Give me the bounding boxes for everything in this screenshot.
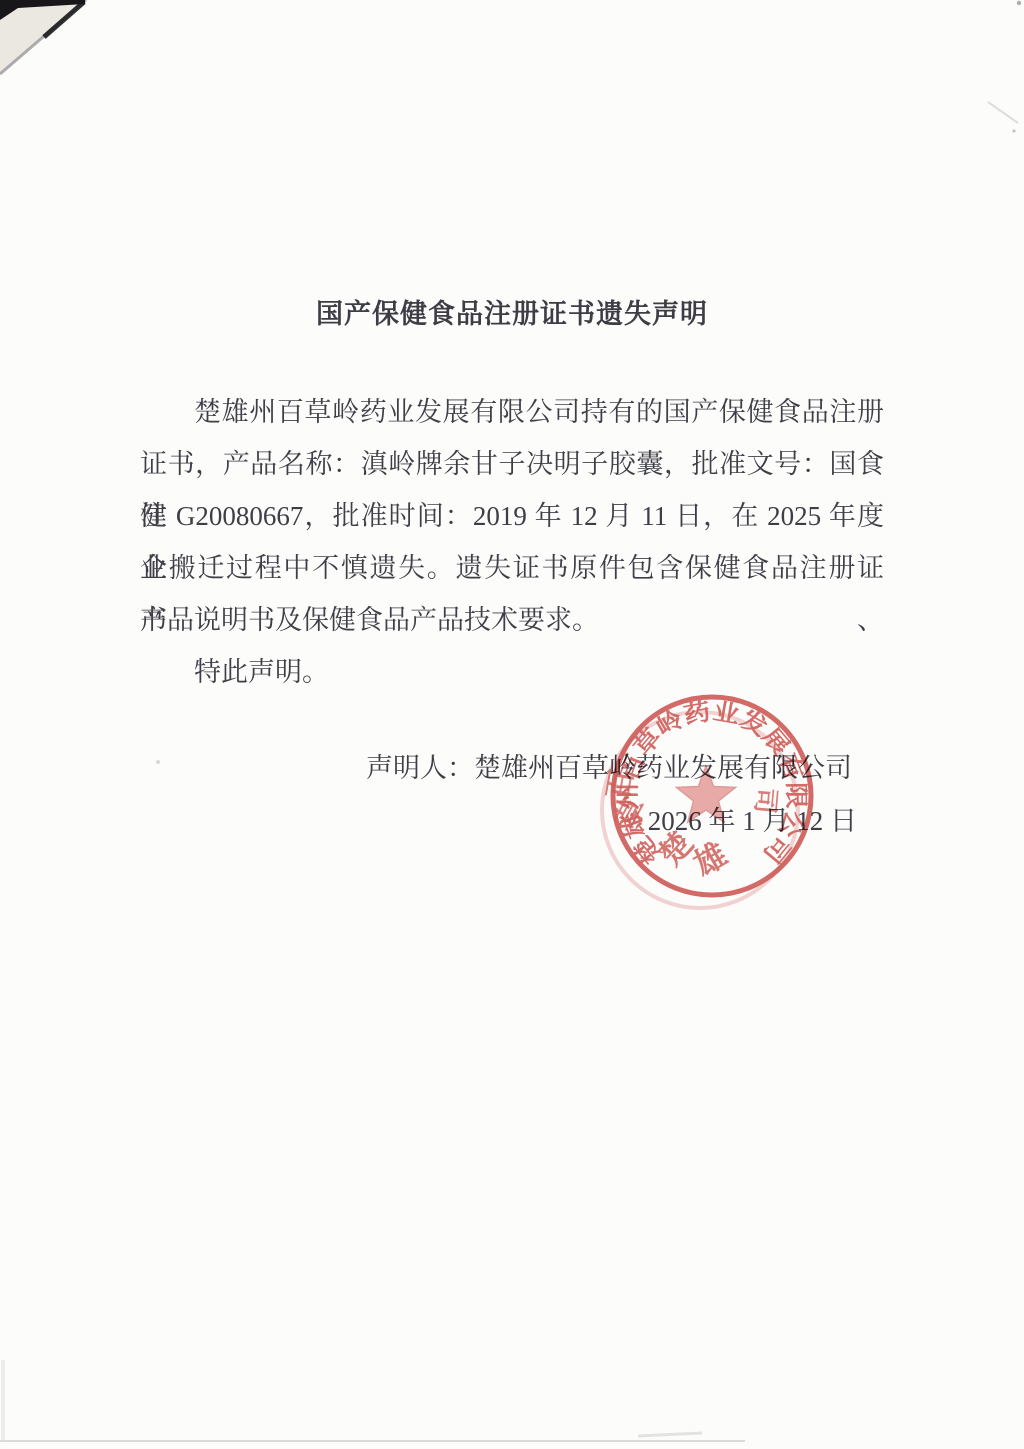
scan-artifacts	[0, 0, 1024, 1449]
declaration-date: 2026 年 1 月 12 日	[648, 804, 857, 838]
edge-smudge	[988, 102, 1018, 123]
declaration-body: 楚雄州百草岭药业发展有限公司持有的国产保健食品注册 证书，产品名称：滇岭牌余甘子…	[140, 386, 884, 698]
company-seal: 楚雄州百草岭药业发展有限公司 百 草 楚 雄 司	[0, 0, 1024, 1449]
corner-shadow	[0, 0, 86, 74]
edge-speck	[1012, 129, 1015, 132]
closing-statement: 特此声明。	[140, 646, 884, 698]
body-line: 证书，产品名称：滇岭牌余甘子决明子胶囊，批准文号：国食健	[140, 438, 884, 490]
body-line: 业搬迁过程中不慎遗失。遗失证书原件包含保健食品注册证书、	[140, 542, 884, 594]
seal-smudge-char: 雄	[688, 836, 734, 883]
body-line: 楚雄州百草岭药业发展有限公司持有的国产保健食品注册	[140, 386, 884, 438]
corner-edge-line	[0, 0, 86, 74]
bottom-smudge	[638, 1433, 702, 1436]
edge-speck	[1017, 1, 1021, 5]
corner-black-strip	[0, 0, 85, 20]
paper-speck	[156, 760, 160, 764]
scanned-document-page: 国产保健食品注册证书遗失声明 楚雄州百草岭药业发展有限公司持有的国产保健食品注册…	[0, 0, 1024, 1449]
document-title: 国产保健食品注册证书遗失声明	[0, 292, 1024, 331]
declarant-signature-line: 声明人：楚雄州百草岭药业发展有限公司	[366, 751, 852, 785]
body-line: 注 G20080667，批准时间：2019 年 12 月 11 日，在 2025…	[140, 490, 884, 542]
seal-outer-ring	[613, 697, 811, 895]
corner-dark-edge	[44, 2, 84, 37]
seal-smudge-char: 草	[610, 793, 653, 835]
